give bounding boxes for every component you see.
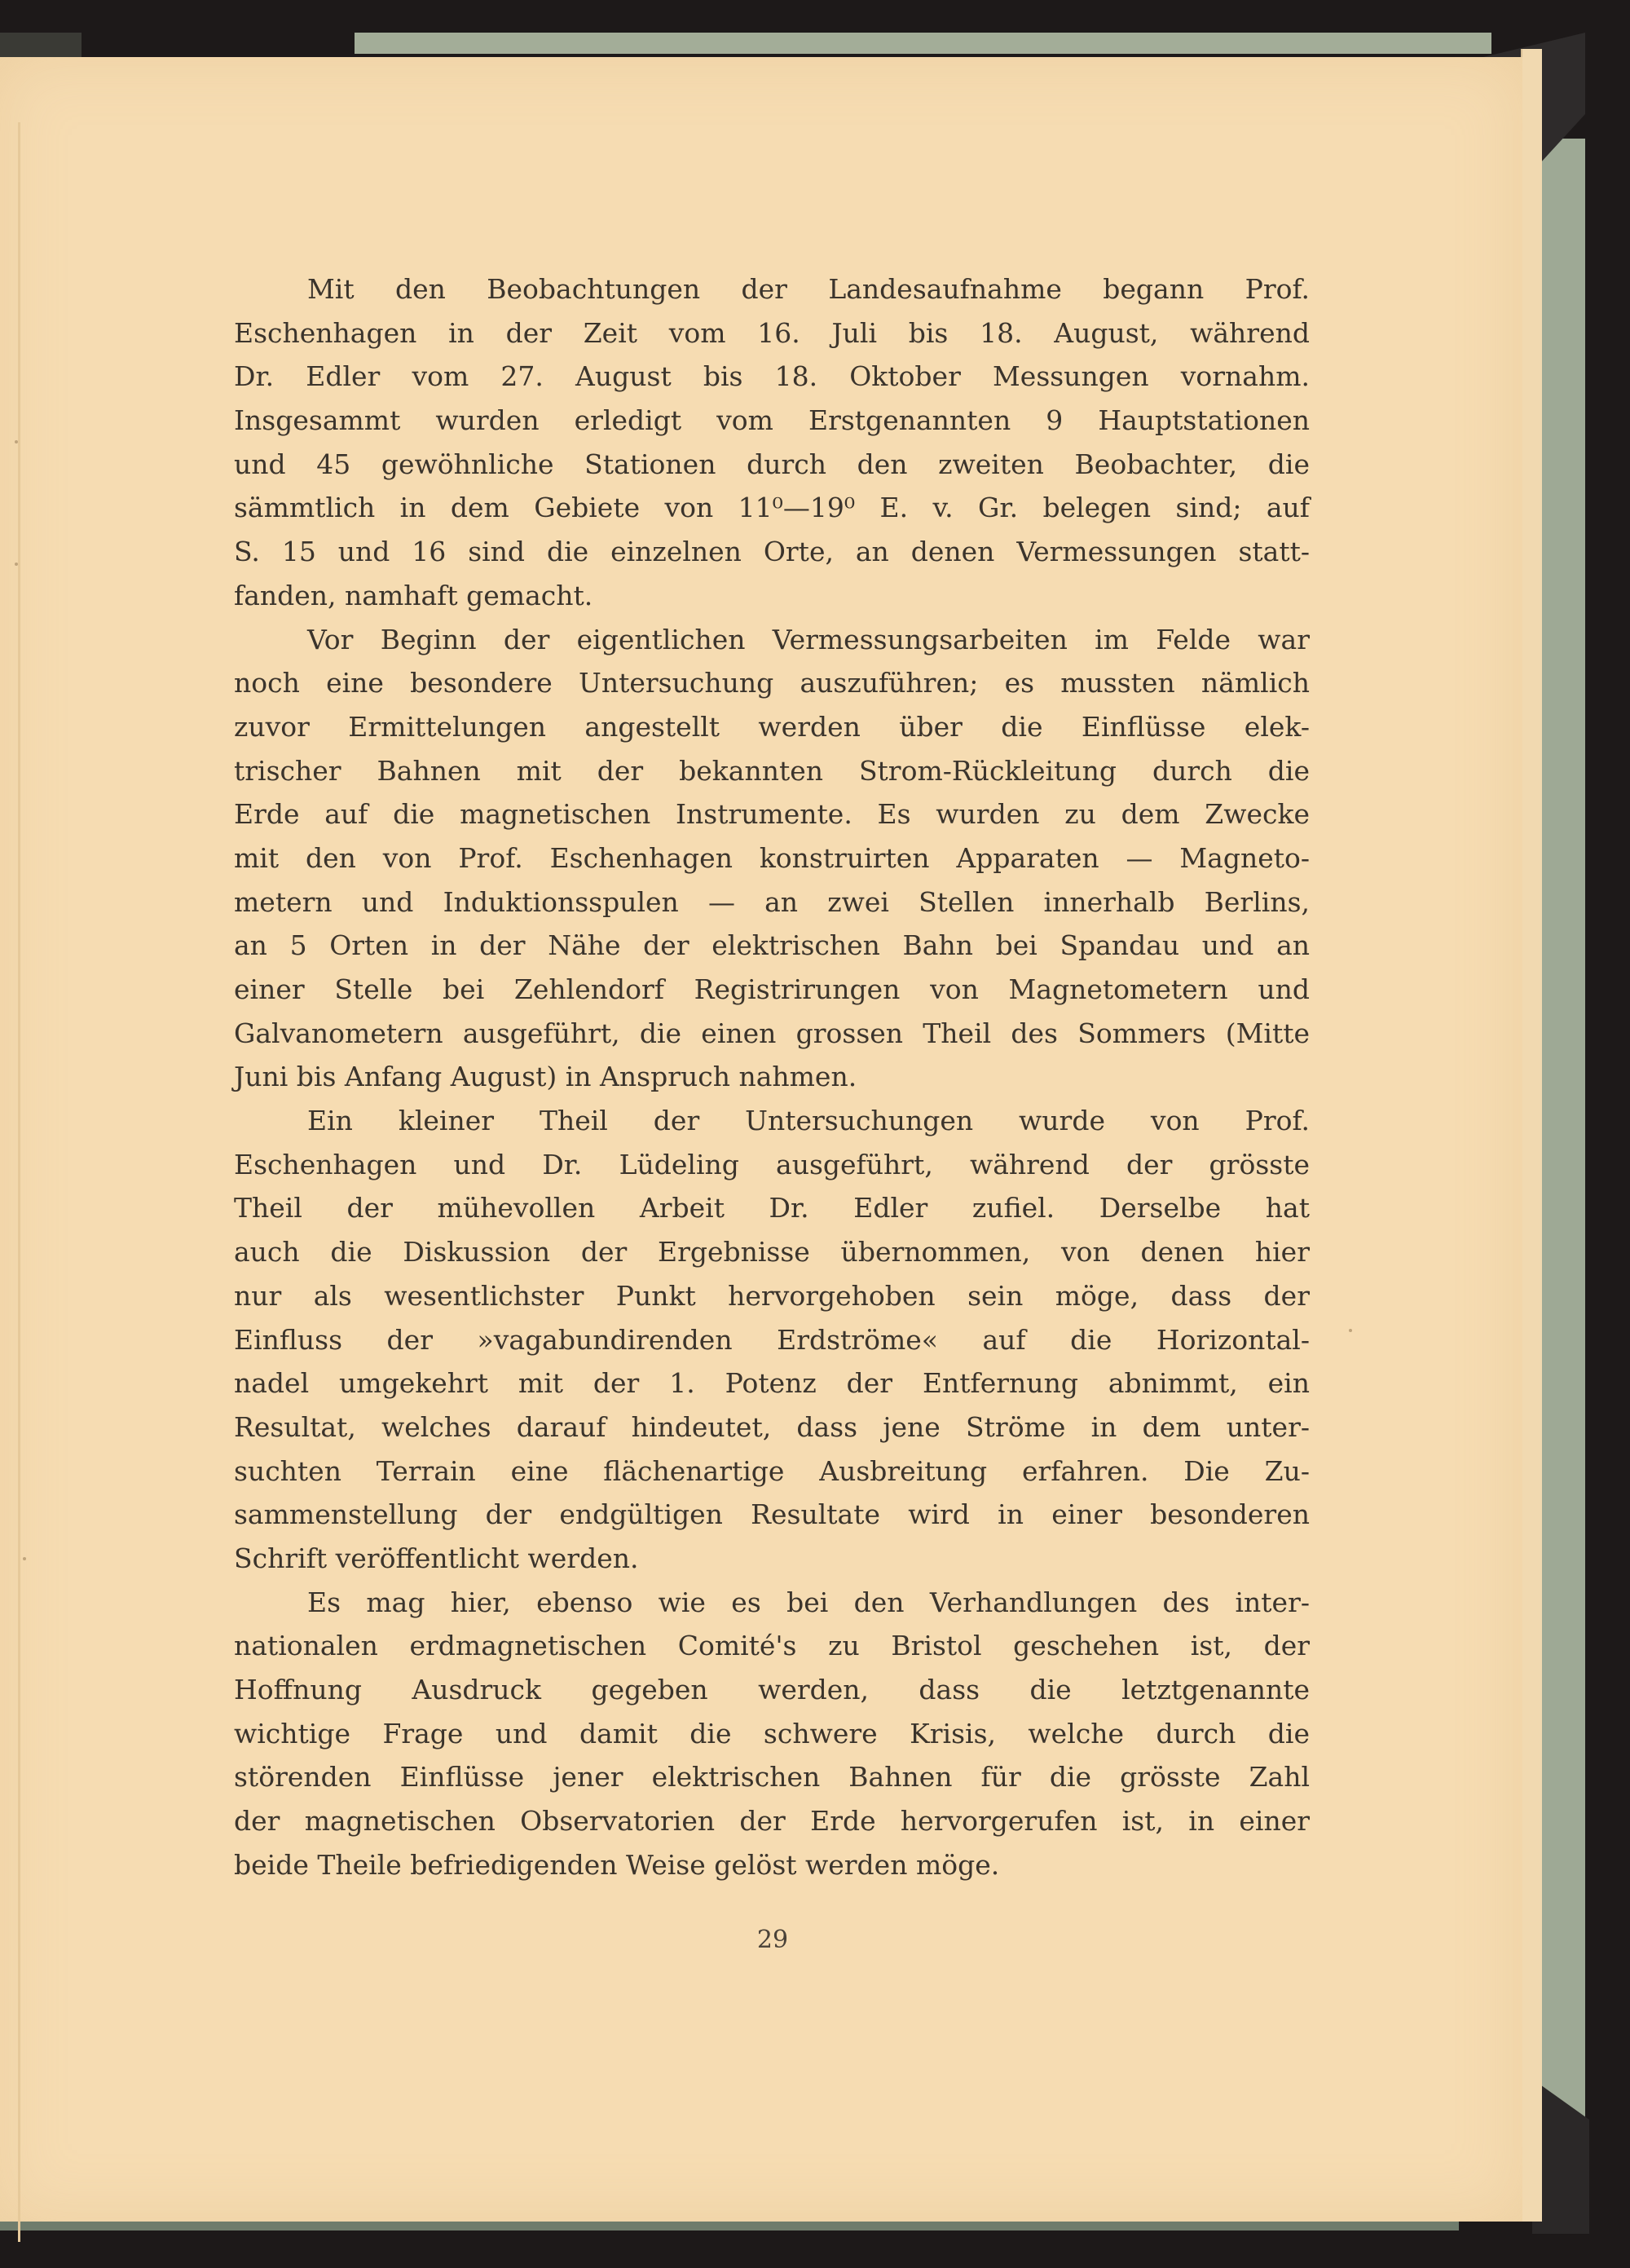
text-line: noch eine besondere Untersuchung auszufü…	[234, 661, 1310, 705]
paper-speck	[23, 1557, 26, 1560]
paper-speck	[1349, 1329, 1352, 1332]
text-line: Resultat, welches darauf hindeutet, dass…	[234, 1405, 1310, 1449]
text-body: Mit den Beobachtungen der Landesaufnahme…	[234, 267, 1310, 1886]
text-line: mit den von Prof. Eschenhagen konstruirt…	[234, 836, 1310, 880]
text-line: Vor Beginn der eigentlichen Vermessungsa…	[234, 618, 1310, 662]
text-line: Theil der mühevollen Arbeit Dr. Edler zu…	[234, 1186, 1310, 1230]
text-line: beide Theile befriedigenden Weise gelöst…	[234, 1843, 1310, 1887]
text-line: nationalen erdmagnetischen Comité's zu B…	[234, 1624, 1310, 1668]
text-line: trischer Bahnen mit der bekannten Strom-…	[234, 749, 1310, 793]
text-line: Hoffnung Ausdruck gegeben werden, dass d…	[234, 1668, 1310, 1712]
text-line: Eschenhagen und Dr. Lüdeling ausgeführt,…	[234, 1143, 1310, 1187]
text-line: S. 15 und 16 sind die einzelnen Orte, an…	[234, 530, 1310, 574]
text-line: nadel umgekehrt mit der 1. Potenz der En…	[234, 1361, 1310, 1405]
text-line: Schrift veröffentlicht werden.	[234, 1537, 1310, 1581]
text-line: sammenstellung der endgültigen Resultate…	[234, 1493, 1310, 1537]
text-line: metern und Induktionsspulen — an zwei St…	[234, 880, 1310, 924]
binding-green-top	[355, 33, 1491, 54]
page-edge	[1521, 49, 1542, 2222]
text-line: Galvanometern ausgeführt, die einen gros…	[234, 1012, 1310, 1056]
text-line: der magnetischen Observatorien der Erde …	[234, 1799, 1310, 1843]
text-line: nur als wesentlichster Punkt hervorgehob…	[234, 1274, 1310, 1318]
text-line: auch die Diskussion der Ergebnisse übern…	[234, 1230, 1310, 1274]
text-line: Mit den Beobachtungen der Landesaufnahme…	[234, 267, 1310, 311]
text-line: suchten Terrain eine flächenartige Ausbr…	[234, 1449, 1310, 1494]
text-line: zuvor Ermittelungen angestellt werden üb…	[234, 705, 1310, 749]
text-line: wichtige Frage und damit die schwere Kri…	[234, 1712, 1310, 1756]
paper-speck	[15, 440, 18, 443]
text-line: Es mag hier, ebenso wie es bei den Verha…	[234, 1581, 1310, 1625]
page-number: 29	[748, 1926, 797, 1954]
paper-speck	[15, 563, 18, 566]
binding-green-right	[1540, 139, 1585, 2136]
text-line: Insgesammt wurden erledigt vom Erstgenan…	[234, 399, 1310, 443]
text-line: Erde auf die magnetischen Instrumente. E…	[234, 792, 1310, 836]
text-line: Juni bis Anfang August) in Anspruch nahm…	[234, 1055, 1310, 1099]
text-line: und 45 gewöhnliche Stationen durch den z…	[234, 443, 1310, 487]
text-line: störenden Einflüsse jener elektrischen B…	[234, 1755, 1310, 1799]
text-line: Eschenhagen in der Zeit vom 16. Juli bis…	[234, 311, 1310, 355]
text-line: sämmtlich in dem Gebiete von 11⁰—19⁰ E. …	[234, 486, 1310, 530]
text-line: Dr. Edler vom 27. August bis 18. Oktober…	[234, 355, 1310, 399]
text-line: fanden, namhaft gemacht.	[234, 574, 1310, 618]
text-line: Ein kleiner Theil der Untersuchungen wur…	[234, 1099, 1310, 1143]
text-line: an 5 Orten in der Nähe der elektrischen …	[234, 924, 1310, 968]
gutter-fold	[18, 122, 20, 2242]
text-line: Einfluss der »vagabundirenden Erdströme«…	[234, 1318, 1310, 1362]
text-line: einer Stelle bei Zehlendorf Registrirung…	[234, 968, 1310, 1012]
